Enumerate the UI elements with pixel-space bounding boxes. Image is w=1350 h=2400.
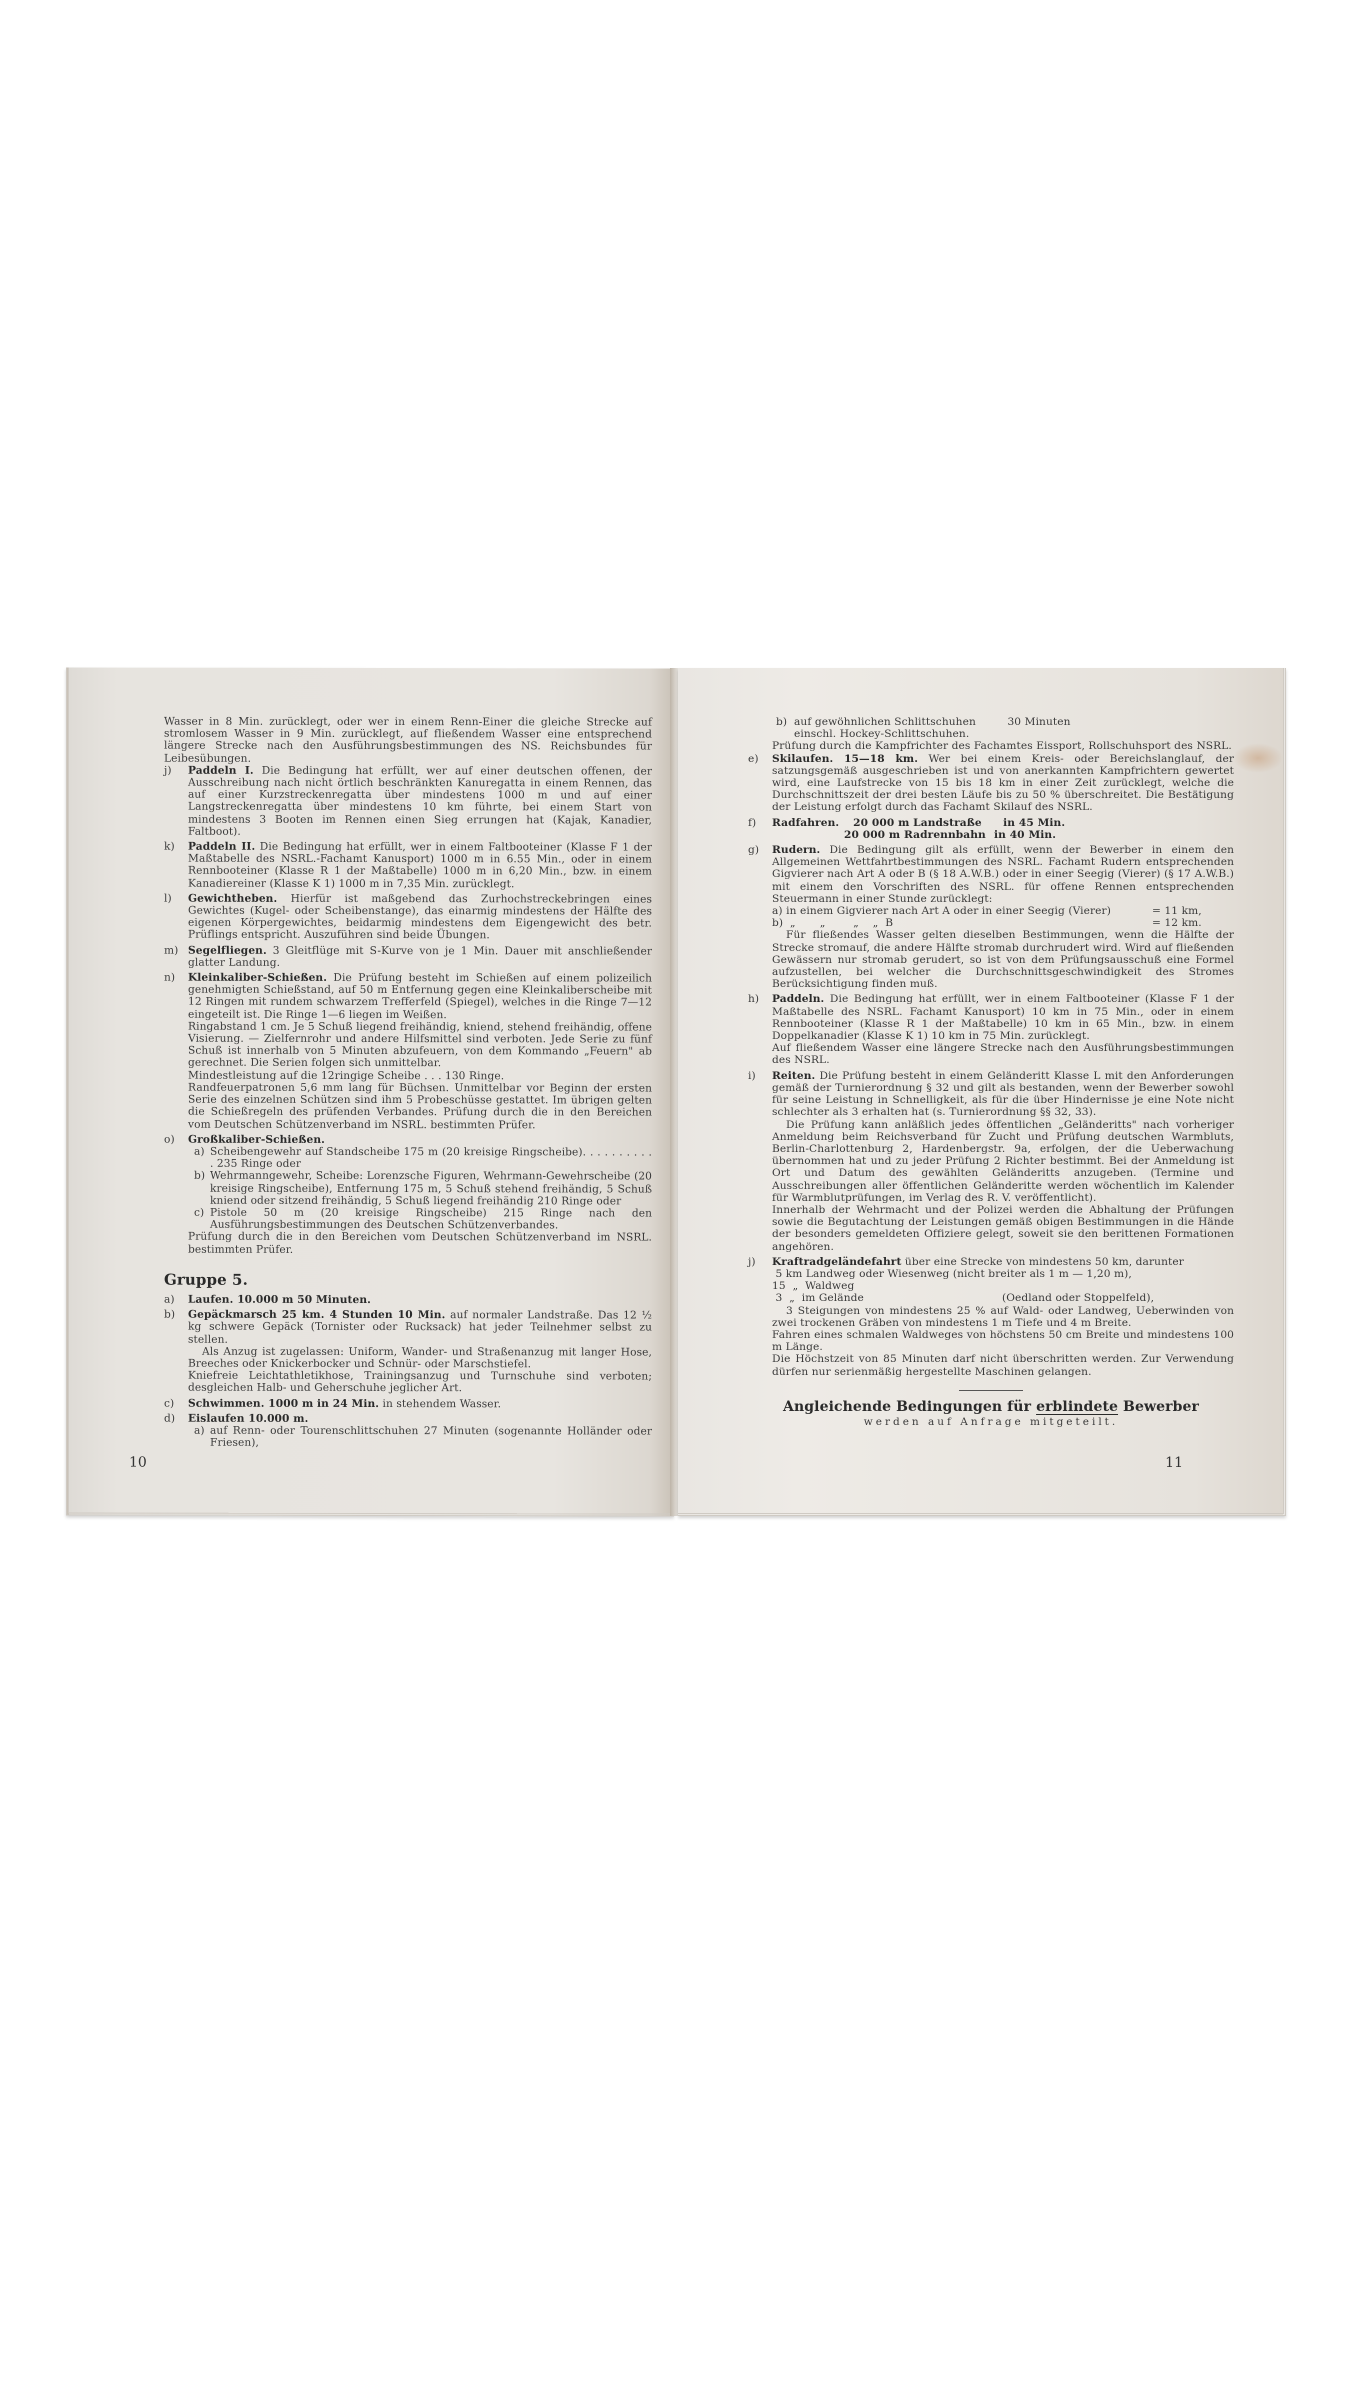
item-closing: Auf fließendem Wasser eine längere Strec… xyxy=(772,1042,1234,1066)
line-label: 3 „ im Gelände xyxy=(772,1292,1002,1304)
item-marker: d) xyxy=(164,1412,175,1424)
item-marker: o) xyxy=(164,1133,175,1145)
list-item: f)Radfahren.20 000 m Landstraßein 45 Min… xyxy=(748,817,1234,841)
list-item: h)Paddeln. Die Bedingung hat erfüllt, we… xyxy=(748,993,1234,1066)
item-line: 5 km Landweg oder Wiesenweg (nicht breit… xyxy=(772,1268,1234,1280)
stain xyxy=(1233,743,1283,773)
line-label: 5 km Landweg oder Wiesenweg (nicht breit… xyxy=(772,1268,1002,1280)
sub-item-text: Pistole 50 m (20 kreisige Ringscheibe) 2… xyxy=(210,1207,652,1232)
item-text: Die Bedingung hat erfüllt, wer in einem … xyxy=(772,993,1234,1042)
item-title: Paddeln II. xyxy=(188,841,255,853)
row-time: in 45 Min. xyxy=(1003,817,1065,829)
list-item: m)Segelfliegen. 3 Gleitflüge mit S-Kurve… xyxy=(164,944,652,969)
item-paragraph: Als Anzug ist zugelassen: Uniform, Wande… xyxy=(188,1345,652,1370)
sub-item: a)auf Renn- oder Tourenschlittschuhen 27… xyxy=(188,1425,652,1450)
list-item: l)Gewichtheben. Hierfür ist maßgebend da… xyxy=(164,892,652,942)
item-title: Paddeln. xyxy=(772,993,824,1005)
item-row: 20 000 m Landstraßein 45 Min. xyxy=(853,817,1065,829)
item-title: Eislaufen 10.000 m. xyxy=(188,1412,308,1424)
item-paragraph: Innerhalb der Wehrmacht und der Polizei … xyxy=(772,1204,1234,1253)
divider xyxy=(959,1390,1023,1391)
item-title: Kleinkaliber-Schießen. xyxy=(188,972,327,984)
item-line: 15 „ Waldweg xyxy=(772,1280,1234,1292)
item-marker: h) xyxy=(748,993,759,1005)
sub-item: c)Pistole 50 m (20 kreisige Ringscheibe)… xyxy=(188,1207,652,1232)
item-title: Rudern. xyxy=(772,844,820,856)
sub-item: a)Scheibengewehr auf Standscheibe 175 m … xyxy=(188,1146,652,1171)
item-marker: j) xyxy=(748,1256,756,1268)
item-marker: c) xyxy=(164,1397,174,1409)
item-paragraph: Fahren eines schmalen Waldweges von höch… xyxy=(772,1329,1234,1353)
item-marker: l) xyxy=(164,892,172,904)
item-text: Die Prüfung besteht in einem Geländeritt… xyxy=(772,1070,1234,1119)
item-row: 20 000 m Radrennbahnin 40 Min. xyxy=(772,829,1234,841)
list-item: b)Gepäckmarsch 25 km. 4 Stunden 10 Min. … xyxy=(164,1309,652,1395)
group-items: a)Laufen. 10.000 m 50 Minuten.b)Gepäckma… xyxy=(164,1294,652,1450)
sub-item-text: auf Renn- oder Tourenschlittschuhen 27 M… xyxy=(210,1425,652,1449)
item-marker: a) xyxy=(164,1294,175,1306)
item-marker: n) xyxy=(164,972,175,984)
item-title: Radfahren. xyxy=(772,817,839,829)
sub-item-marker: c) xyxy=(194,1207,204,1219)
item-text: Die Bedingung gilt als erfüllt, wenn der… xyxy=(772,844,1234,905)
left-items: j)Paddeln I. Die Bedingung hat erfüllt, … xyxy=(164,764,652,1256)
footer-title: Angleichende Bedingungen für erblindete … xyxy=(748,1401,1234,1413)
item-title: Großkaliber-Schießen. xyxy=(188,1133,325,1145)
item-title: Laufen. 10.000 m 50 Minuten. xyxy=(188,1294,371,1306)
page-number-right: 11 xyxy=(1165,1455,1183,1471)
item-title: Gepäckmarsch 25 km. 4 Stunden 10 Min. xyxy=(188,1309,445,1321)
continuation-sub: b) auf gewöhnlichen Schlittschuhen einsc… xyxy=(748,716,1234,740)
list-item: j)Paddeln I. Die Bedingung hat erfüllt, … xyxy=(164,764,652,838)
list-item: g)Rudern. Die Bedingung gilt als erfüllt… xyxy=(748,844,1234,990)
item-title: Schwimmen. 1000 m in 24 Min. xyxy=(188,1397,379,1409)
item-marker: m) xyxy=(164,944,178,956)
continuation-closing: Prüfung durch die Kampfrichter des Facha… xyxy=(748,740,1234,752)
line-label: b) „ „ „ „ B xyxy=(772,917,1152,929)
item-paragraph: Die Prüfung kann anläßlich jedes öffentl… xyxy=(772,1119,1234,1204)
item-marker: j) xyxy=(164,764,172,776)
sub-item-text: Scheibengewehr auf Standscheibe 175 m (2… xyxy=(210,1146,652,1170)
line-value: (Oedland oder Stoppelfeld), xyxy=(1002,1292,1154,1304)
list-item: a)Laufen. 10.000 m 50 Minuten. xyxy=(164,1294,652,1307)
item-paragraph: Randfeuerpatronen 5,6 mm lang für Büchse… xyxy=(188,1082,652,1132)
right-page-content: b) auf gewöhnlichen Schlittschuhen einsc… xyxy=(748,716,1234,1428)
item-marker: g) xyxy=(748,844,759,856)
item-title: Segelfliegen. xyxy=(188,944,267,956)
item-marker: e) xyxy=(748,753,759,765)
list-item: o)Großkaliber-Schießen.a)Scheibengewehr … xyxy=(164,1133,652,1256)
list-item: d)Eislaufen 10.000 m.a)auf Renn- oder To… xyxy=(164,1412,652,1449)
open-booklet: Wasser in 8 Min. zurücklegt, oder wer in… xyxy=(66,668,1286,1516)
right-page: b) auf gewöhnlichen Schlittschuhen einsc… xyxy=(678,668,1286,1516)
item-text: Die Bedingung hat erfüllt, wer auf einer… xyxy=(188,765,652,838)
item-text: in stehendem Wasser. xyxy=(383,1398,502,1410)
left-page-content: Wasser in 8 Min. zurücklegt, oder wer in… xyxy=(164,716,652,1453)
sub-item: b)Wehrmanngewehr, Scheibe: Lorenzsche Fi… xyxy=(188,1170,652,1207)
item-text: über eine Strecke von mindestens 50 km, … xyxy=(905,1256,1184,1268)
item-paragraph: Die Höchstzeit von 85 Minuten darf nicht… xyxy=(772,1353,1234,1377)
right-items: e)Skilaufen. 15—18 km. Wer bei einem Kre… xyxy=(748,753,1234,1378)
item-title: Skilaufen. 15—18 km. xyxy=(772,753,918,765)
item-marker: k) xyxy=(164,841,175,853)
sub-item-marker: a) xyxy=(194,1425,205,1437)
line-value: = 12 km. xyxy=(1152,917,1202,929)
list-item: k)Paddeln II. Die Bedingung hat erfüllt,… xyxy=(164,841,652,891)
list-item: i)Reiten. Die Prüfung besteht in einem G… xyxy=(748,1070,1234,1253)
item-marker: b) xyxy=(164,1309,175,1321)
item-title: Paddeln I. xyxy=(188,764,254,776)
page-number-left: 10 xyxy=(129,1455,147,1471)
list-item: j)Kraftradgeländefahrt über eine Strecke… xyxy=(748,1256,1234,1378)
item-closing: Prüfung durch die in den Bereichen vom D… xyxy=(188,1231,652,1256)
item-title: Reiten. xyxy=(772,1070,815,1082)
left-page: Wasser in 8 Min. zurücklegt, oder wer in… xyxy=(66,667,674,1516)
sub-item-text: Wehrmanngewehr, Scheibe: Lorenzsche Figu… xyxy=(210,1170,652,1207)
item-title: Kraftradgeländefahrt xyxy=(772,1256,901,1268)
list-item: e)Skilaufen. 15—18 km. Wer bei einem Kre… xyxy=(748,753,1234,814)
group-title: Gruppe 5. xyxy=(164,1273,652,1286)
row-distance: 20 000 m Landstraße xyxy=(853,817,1003,829)
line-value: = 11 km, xyxy=(1152,905,1202,917)
row-time: in 40 Min. xyxy=(994,829,1056,841)
line-label: a) in einem Gigvierer nach Art A oder in… xyxy=(772,905,1152,917)
item-paragraph: 3 Steigungen von mindestens 25 % auf Wal… xyxy=(772,1305,1234,1329)
item-marker: f) xyxy=(748,817,756,829)
sub-item-marker: a) xyxy=(194,1146,205,1158)
item-paragraph: Mindestleistung auf die 12ringige Scheib… xyxy=(188,1069,652,1082)
intro-continuation: Wasser in 8 Min. zurücklegt, oder wer in… xyxy=(164,716,652,766)
item-paragraph: Ringabstand 1 cm. Je 5 Schuß liegend fre… xyxy=(188,1021,652,1071)
item-paragraph: Für fließendes Wasser gelten dieselben B… xyxy=(772,929,1234,990)
item-line: b) „ „ „ „ B= 12 km. xyxy=(772,917,1234,929)
item-paragraph: Kniefreie Leichtathletikhose, Trainingsa… xyxy=(188,1370,652,1395)
item-marker: i) xyxy=(748,1070,756,1082)
item-line: a) in einem Gigvierer nach Art A oder in… xyxy=(772,905,1234,917)
list-item: c)Schwimmen. 1000 m in 24 Min. in stehen… xyxy=(164,1397,652,1410)
row-distance: 20 000 m Radrennbahn xyxy=(844,829,994,841)
item-title: Gewichtheben. xyxy=(188,893,277,905)
footer-subtitle: werden auf Anfrage mitgeteilt. xyxy=(748,1416,1234,1428)
sub-item-marker: b) xyxy=(194,1170,205,1182)
line-label: 15 „ Waldweg xyxy=(772,1280,1002,1292)
list-item: n)Kleinkaliber-Schießen. Die Prüfung bes… xyxy=(164,972,652,1131)
item-text: Die Bedingung hat erfüllt, wer in einem … xyxy=(188,841,652,890)
item-line: 3 „ im Gelände(Oedland oder Stoppelfeld)… xyxy=(772,1292,1234,1304)
